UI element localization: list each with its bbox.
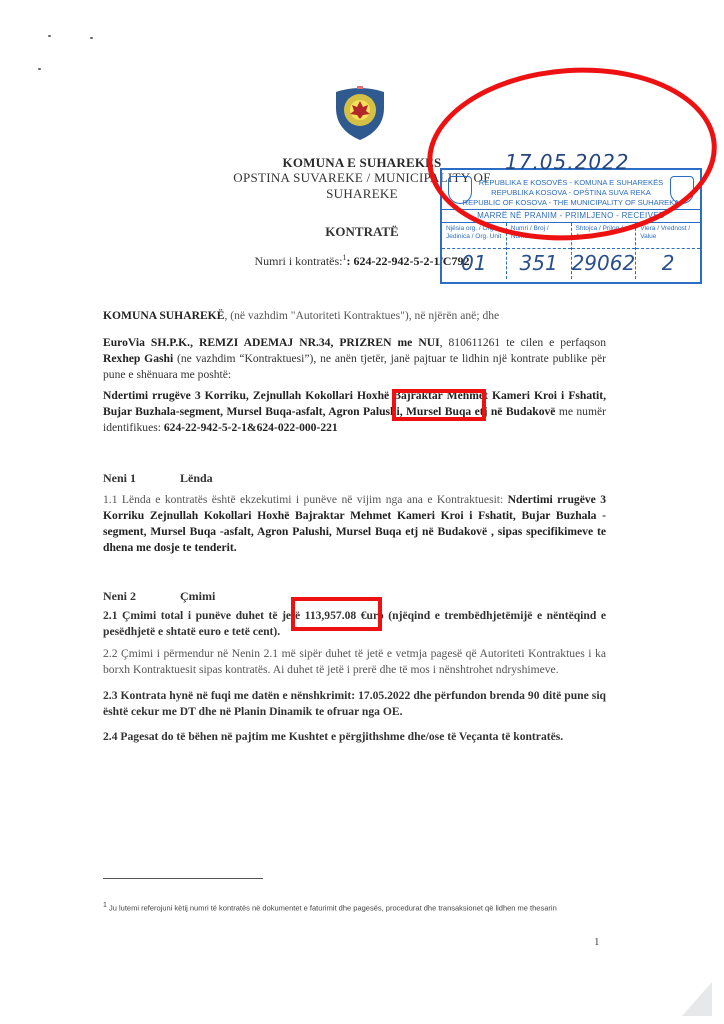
stamp-col-label: Vlera / Vrednost / Value bbox=[636, 223, 700, 249]
scan-speck bbox=[38, 68, 41, 70]
stamp-col-value: 29062 bbox=[572, 249, 636, 277]
page-corner-fold bbox=[682, 982, 712, 1016]
authority-paragraph: KOMUNA SUHAREKË, (në vazhdim "Autoriteti… bbox=[103, 308, 606, 324]
stamp-col-value: 2 bbox=[636, 249, 700, 277]
stamp-col-value: 351 bbox=[507, 249, 571, 277]
contractor-paragraph: EuroVia SH.P.K., REMZI ADEMAJ NR.34, PRI… bbox=[103, 335, 606, 383]
article-1-heading: Neni 1 bbox=[103, 471, 136, 486]
authority-rest: , (në vazhdim "Autoriteti Kontraktues"),… bbox=[224, 309, 499, 322]
contractor-nui: , 810611261 te cilen e perfaqson bbox=[440, 336, 606, 349]
footnote-divider bbox=[103, 878, 263, 879]
highlight-box-agron-palushi bbox=[392, 389, 486, 421]
works-paragraph: Ndertimi rrugëve 3 Korriku, Zejnullah Ko… bbox=[103, 388, 606, 436]
stamp-col-value-count: Vlera / Vrednost / Value 2 bbox=[636, 223, 700, 279]
article-1-plain: 1.1 Lënda e kontratës është ekzekutimi i… bbox=[103, 493, 508, 506]
highlight-box-price bbox=[291, 597, 382, 631]
article-2-heading: Neni 2 bbox=[103, 589, 136, 604]
article-2-4: 2.4 Pagesat do të bëhen në pajtim me Kus… bbox=[103, 729, 606, 745]
article-2-3: 2.3 Kontrata hynë në fuqi me datën e nën… bbox=[103, 688, 606, 720]
works-id-value: 624-22-942-5-2-1&624-022-000-221 bbox=[164, 421, 338, 434]
price-prefix: 2.1 Çmimi total i punëve duhet të jetë bbox=[103, 609, 305, 622]
article-2-2: 2.2 Çmimi i përmendur në Nenin 2.1 më si… bbox=[103, 646, 606, 678]
footnote-text: Ju lutemi referojuni këtij numri të kont… bbox=[107, 904, 557, 913]
article-1-title: Lënda bbox=[180, 471, 213, 486]
article-2-title: Çmimi bbox=[180, 589, 215, 604]
contract-number-label: Numri i kontratës: bbox=[255, 254, 343, 268]
authority-name: KOMUNA SUHAREKË bbox=[103, 309, 224, 322]
representative-name: Rexhep Gashi bbox=[103, 352, 173, 365]
article-1-paragraph: 1.1 Lënda e kontratës është ekzekutimi i… bbox=[103, 492, 606, 556]
page-number: 1 bbox=[594, 936, 600, 948]
footnote: 1 Ju lutemi referojuni këtij numri të ko… bbox=[103, 902, 557, 913]
contractor-rest: (ne vazhdim “Kontraktuesi”), ne anën tje… bbox=[103, 352, 606, 381]
coat-of-arms-icon bbox=[333, 86, 387, 142]
stamp-col-value: 01 bbox=[442, 249, 506, 277]
works-description: Ndertimi rrugëve 3 Korriku, Zejnullah Ko… bbox=[103, 389, 606, 418]
scan-speck bbox=[90, 37, 93, 39]
scan-speck bbox=[48, 35, 51, 37]
contractor-name: EuroVia SH.P.K., REMZI ADEMAJ NR.34, PRI… bbox=[103, 336, 440, 349]
